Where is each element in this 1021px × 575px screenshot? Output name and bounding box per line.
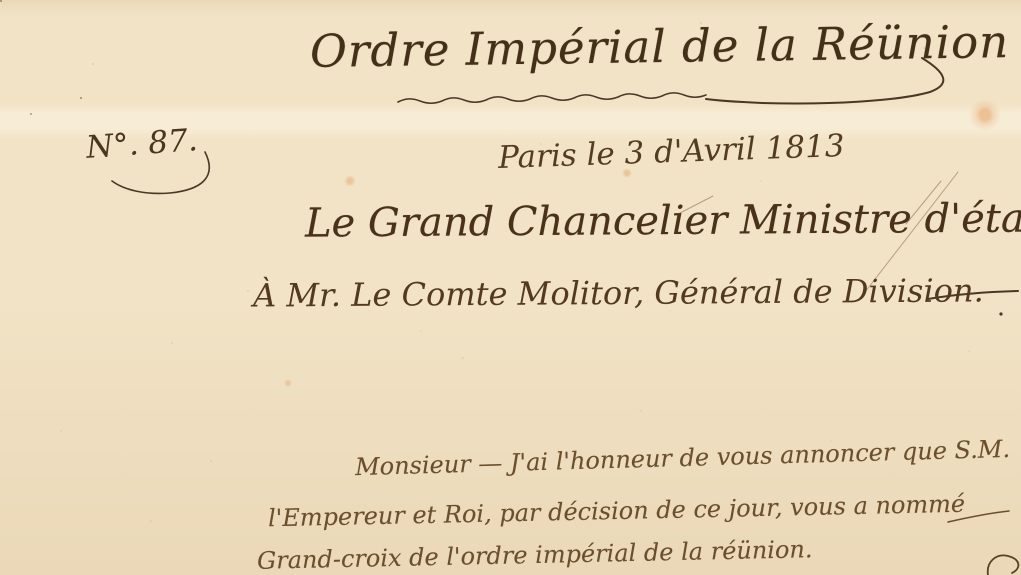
bottom-right-stroke [988, 555, 1019, 575]
recipient-period [999, 312, 1002, 315]
recipient-line: À Mr. Le Comte Molitor, Général de Divis… [253, 271, 984, 314]
document-title: Ordre Impérial de la Réünion [310, 15, 1010, 78]
title-underline-flourish [398, 93, 706, 103]
manuscript-page: Ordre Impérial de la Réünion N°. 87. Par… [0, 0, 1021, 575]
sender-line: Le Grand Chancelier Ministre d'état [305, 195, 1021, 246]
